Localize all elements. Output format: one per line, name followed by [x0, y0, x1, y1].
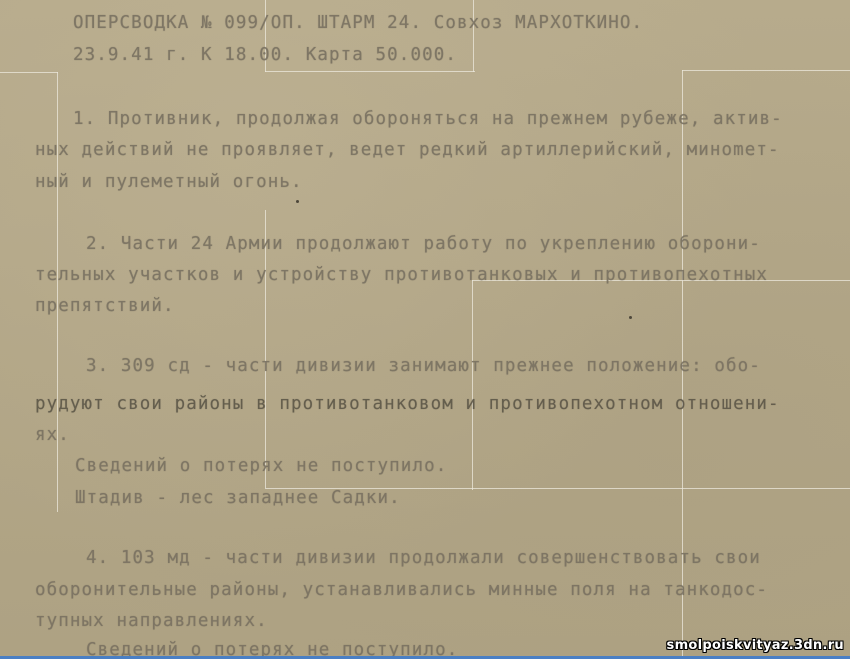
paragraph-4-line-1: 4. 103 мд - части дивизии продолжали сов…	[86, 548, 761, 568]
scan-seam	[682, 70, 850, 71]
paragraph-4-line-2: оборонительные районы, устанавливались м…	[35, 580, 768, 600]
paragraph-3-hq-location: Штадив - лес западнее Садки.	[75, 488, 401, 508]
scan-seam	[0, 72, 58, 73]
scan-seam	[473, 0, 474, 72]
scan-seam	[265, 71, 475, 72]
paragraph-1-line-1: 1. Противник, продолжая обороняться на п…	[73, 109, 783, 129]
paragraph-1-line-2: ных действий не проявляет, ведет редкий …	[35, 140, 780, 160]
paragraph-4-line-3: тупных направлениях.	[35, 611, 268, 631]
scan-seam	[472, 280, 473, 490]
scan-seam	[682, 490, 683, 659]
paragraph-2-line-1: 2. Части 24 Армии продолжают работу по у…	[86, 234, 761, 254]
scan-seam	[57, 72, 58, 512]
report-header-line-2: 23.9.41 г. К 18.00. Карта 50.000.	[73, 45, 457, 65]
site-watermark: smolpoiskvityaz.3dn.ru	[667, 638, 844, 653]
paragraph-1-line-3: ный и пулеметный огонь.	[35, 172, 303, 192]
report-header-line-1: ОПЕРСВОДКА № 099/ОП. ШТАРМ 24. Совхоз МА…	[73, 13, 643, 33]
ink-speck	[296, 200, 299, 203]
paragraph-3-losses: Сведений о потерях не поступило.	[75, 456, 447, 476]
paragraph-3-line-3: ях.	[35, 425, 70, 445]
ink-speck	[629, 316, 632, 319]
paragraph-2-line-3: препятствий.	[35, 296, 175, 316]
paragraph-3-line-1: 3. 309 сд - части дивизии занимают прежн…	[86, 356, 761, 376]
paragraph-2-line-2: тельных участков и устройству противотан…	[35, 265, 768, 285]
scanned-document-page: ОПЕРСВОДКА № 099/ОП. ШТАРМ 24. Совхоз МА…	[0, 0, 850, 659]
paragraph-3-line-2: рудуют свои районы в противотанковом и п…	[35, 394, 780, 414]
